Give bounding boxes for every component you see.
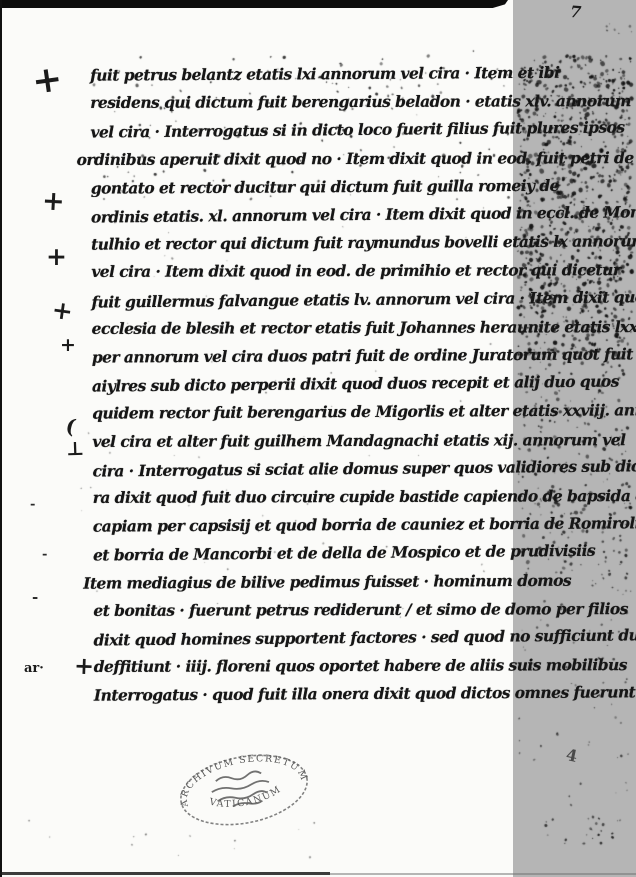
manuscript-line: ordinis etatis. xl. annorum vel cira · I… [91,198,621,231]
margin-mark: - [32,590,38,605]
margin-mark: + [74,654,95,679]
archive-stamp: ARCHIVUM SECRETUM VATICANUM [147,720,340,860]
manuscript-scan-page: 7 fuit petrus belantz etatis lxi annorum… [0,0,636,877]
manuscript-line: et bonitas · fuerunt petrus rediderunt /… [93,595,623,625]
margin-mark: + [41,187,65,215]
manuscript-line: fuit petrus belantz etatis lxi annorum v… [90,58,620,89]
margin-mark: - [42,548,47,561]
scan-edge-left [0,0,2,877]
manuscript-line: gontato et rector ducitur qui dictum fui… [91,171,621,202]
manuscript-line: aiylres sub dicto perperii dixit quod du… [92,368,622,401]
margin-mark: ⊥ [66,440,85,460]
manuscript-line: cira · Interrogatus si sciat alie domus … [92,452,622,485]
margin-mark: + [60,336,76,355]
folio-number: 7 [569,3,600,23]
manuscript-line: vel cira · Item dixit quod in eod. de pr… [91,256,621,286]
scan-edge-top [0,0,508,8]
scan-edge-bottom [0,872,330,875]
manuscript-line: quidem rector fuit berengarius de Migorl… [92,397,622,428]
margin-mark: ar· [24,662,44,675]
manuscript-line: vel cira · Interrogatus si in dicto loco… [90,114,620,147]
manuscript-line: Item mediagius de bilive pedimus fuisset… [83,566,623,598]
manuscript-line: tulhio et rector qui dictum fuit raymund… [91,228,621,259]
margin-mark: + [46,244,67,269]
manuscript-line: residens qui dictum fuit berengarius bel… [90,87,620,117]
manuscript-line: ra dixit quod fuit duo circuire cupide b… [93,482,623,512]
manuscript-line: vel cira et alter fuit guilhem Mandagnac… [92,426,622,456]
manuscript-line: ordinibus aperuit dixit quod no · Item d… [77,144,621,174]
margin-mark: + [50,297,74,325]
scan-edge-bottom-faint [330,873,636,875]
manuscript-line: Interrogatus · quod fuit illa onera dixi… [94,679,624,710]
manuscript-line: dixit quod homines supportent factores ·… [93,622,623,655]
manuscript-line: et borria de Mancorbi et de della de Mos… [93,537,623,570]
margin-mark: - [30,498,35,511]
manuscript-line: deffitiunt · iiij. floreni quos oportet … [94,651,624,681]
margin-mark: + [30,60,65,100]
manuscript-text-block: fuit petrus belantz etatis lxi annorum v… [90,58,624,710]
manuscript-line: fuit guillermus falvangue etatis lv. ann… [91,283,621,316]
margin-mark: ( [64,415,78,437]
manuscript-line: per annorum vel cira duos patri fuit de … [92,340,622,371]
manuscript-line: ecclesia de blesih et rector etatis fuit… [92,313,622,343]
